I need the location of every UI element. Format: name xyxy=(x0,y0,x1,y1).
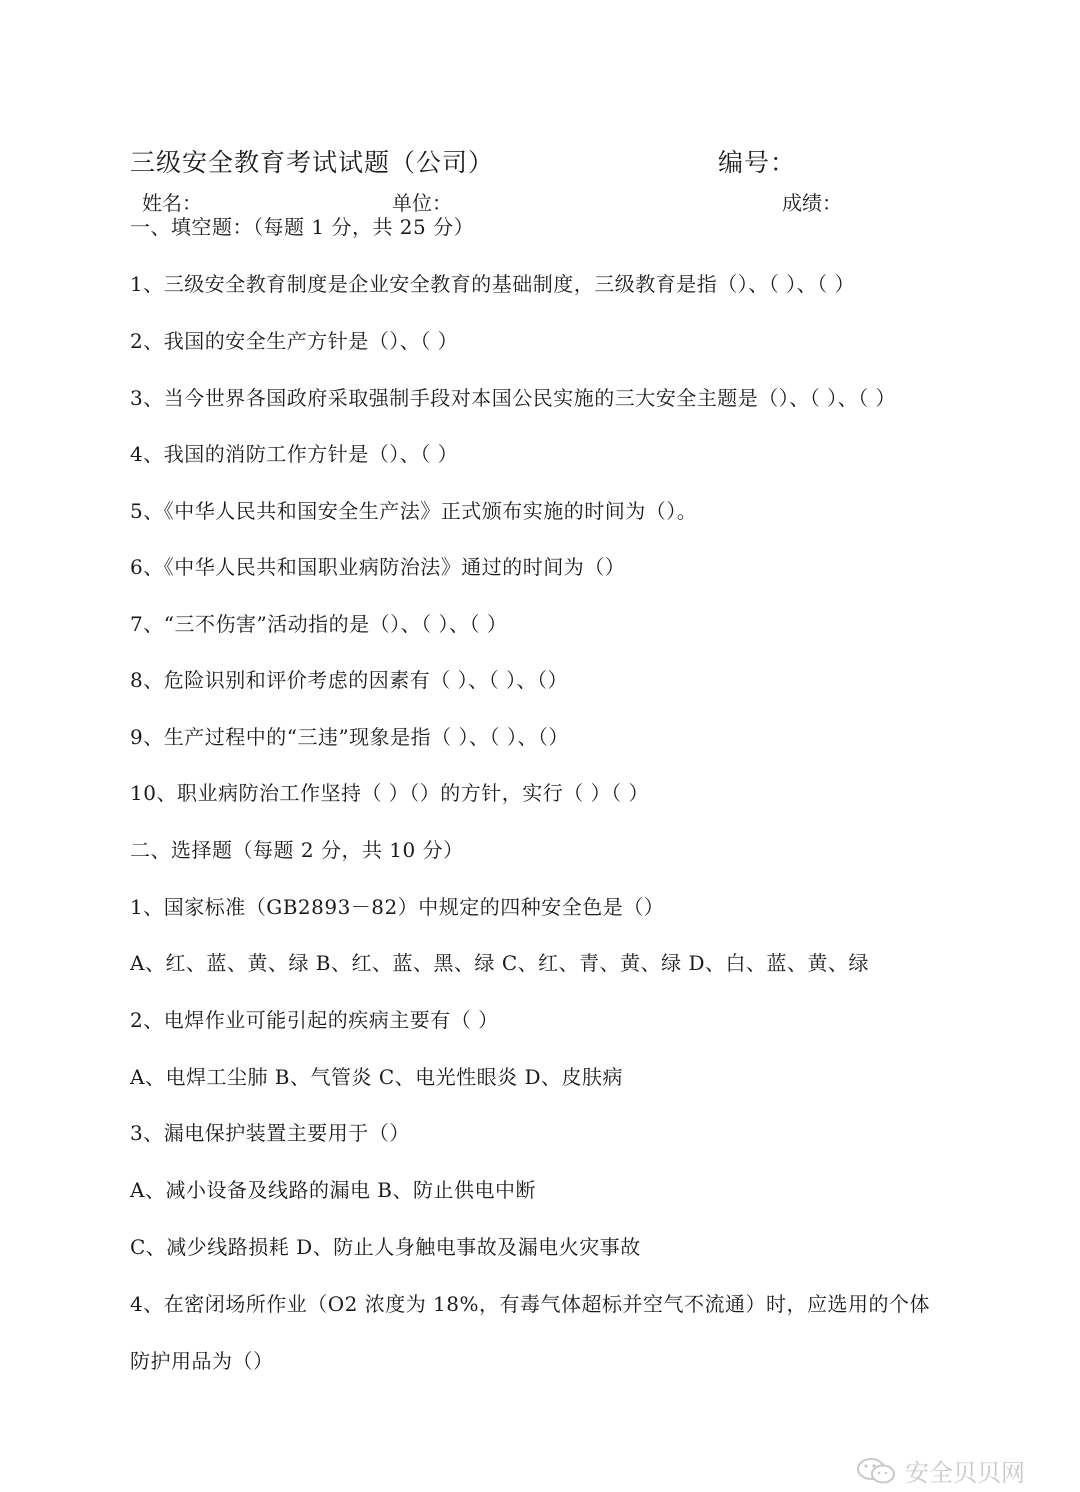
answer-options: A、电焊工尘肺 B、气管炎 C、电光性眼炎 D、皮肤病 xyxy=(130,1067,623,1087)
question-text: 6、《中华人民共和国职业病防治法》通过的时间为（） xyxy=(130,557,625,577)
question-text-continued: 防护用品为（） xyxy=(130,1351,274,1371)
question-text: 8、危险识别和评价考虑的因素有（ ）、（ ）、（） xyxy=(130,670,568,690)
answer-options: A、减小设备及线路的漏电 B、防止供电中断 xyxy=(130,1180,536,1200)
question-text: 7、“三不伤害”活动指的是（）、（ ）、（ ） xyxy=(130,614,507,634)
question-text: 1、国家标准（GB2893－82）中规定的四种安全色是（） xyxy=(130,897,664,917)
question-text: 5、《中华人民共和国安全生产法》正式颁布实施的时间为（）。 xyxy=(130,501,697,521)
unit-field-label: 单位： xyxy=(392,187,452,216)
section-heading-fill-in: 一、填空题：（每题 1 分，共 25 分） xyxy=(130,217,474,237)
exam-page: 三级安全教育考试试题（公司） 编号： 姓名： 单位： 成绩： 一、填空题：（每题… xyxy=(0,0,1080,1492)
watermark-text: 安全贝贝网 xyxy=(905,1453,1025,1488)
question-text: 2、我国的安全生产方针是（）、（ ） xyxy=(130,331,458,351)
question-text: 3、当今世界各国政府采取强制手段对本国公民实施的三大安全主题是（）、（ ）、（ … xyxy=(130,388,896,408)
serial-number-label: 编号： xyxy=(718,143,796,179)
section-heading-multiple-choice: 二、选择题（每题 2 分，共 10 分） xyxy=(130,840,464,860)
answer-options: A、红、蓝、黄、绿 B、红、蓝、黑、绿 C、红、青、黄、绿 D、白、蓝、黄、绿 xyxy=(130,953,869,973)
question-text: 3、漏电保护装置主要用于（） xyxy=(130,1123,410,1143)
question-text: 1、三级安全教育制度是企业安全教育的基础制度，三级教育是指（）、（ ）、（ ） xyxy=(130,274,855,294)
score-field-label: 成绩： xyxy=(782,187,842,216)
question-text: 9、生产过程中的“三违”现象是指（ ）、（ ）、（） xyxy=(130,727,569,747)
question-text: 2、电焊作业可能引起的疾病主要有（ ） xyxy=(130,1010,499,1030)
exam-title: 三级安全教育考试试题（公司） xyxy=(130,143,494,179)
watermark: 安全贝贝网 xyxy=(855,1453,1025,1488)
question-text: 4、在密闭场所作业（O2 浓度为 18%，有毒气体超标并空气不流通）时，应选用的… xyxy=(130,1294,930,1314)
wechat-icon xyxy=(855,1456,899,1486)
question-text: 4、我国的消防工作方针是（）、（ ） xyxy=(130,444,458,464)
name-field-label: 姓名： xyxy=(142,187,202,216)
answer-options: C、减少线路损耗 D、防止人身触电事故及漏电火灾事故 xyxy=(130,1237,641,1257)
question-text: 10、职业病防治工作坚持（ ）（）的方针，实行（ ）（ ） xyxy=(130,783,649,803)
